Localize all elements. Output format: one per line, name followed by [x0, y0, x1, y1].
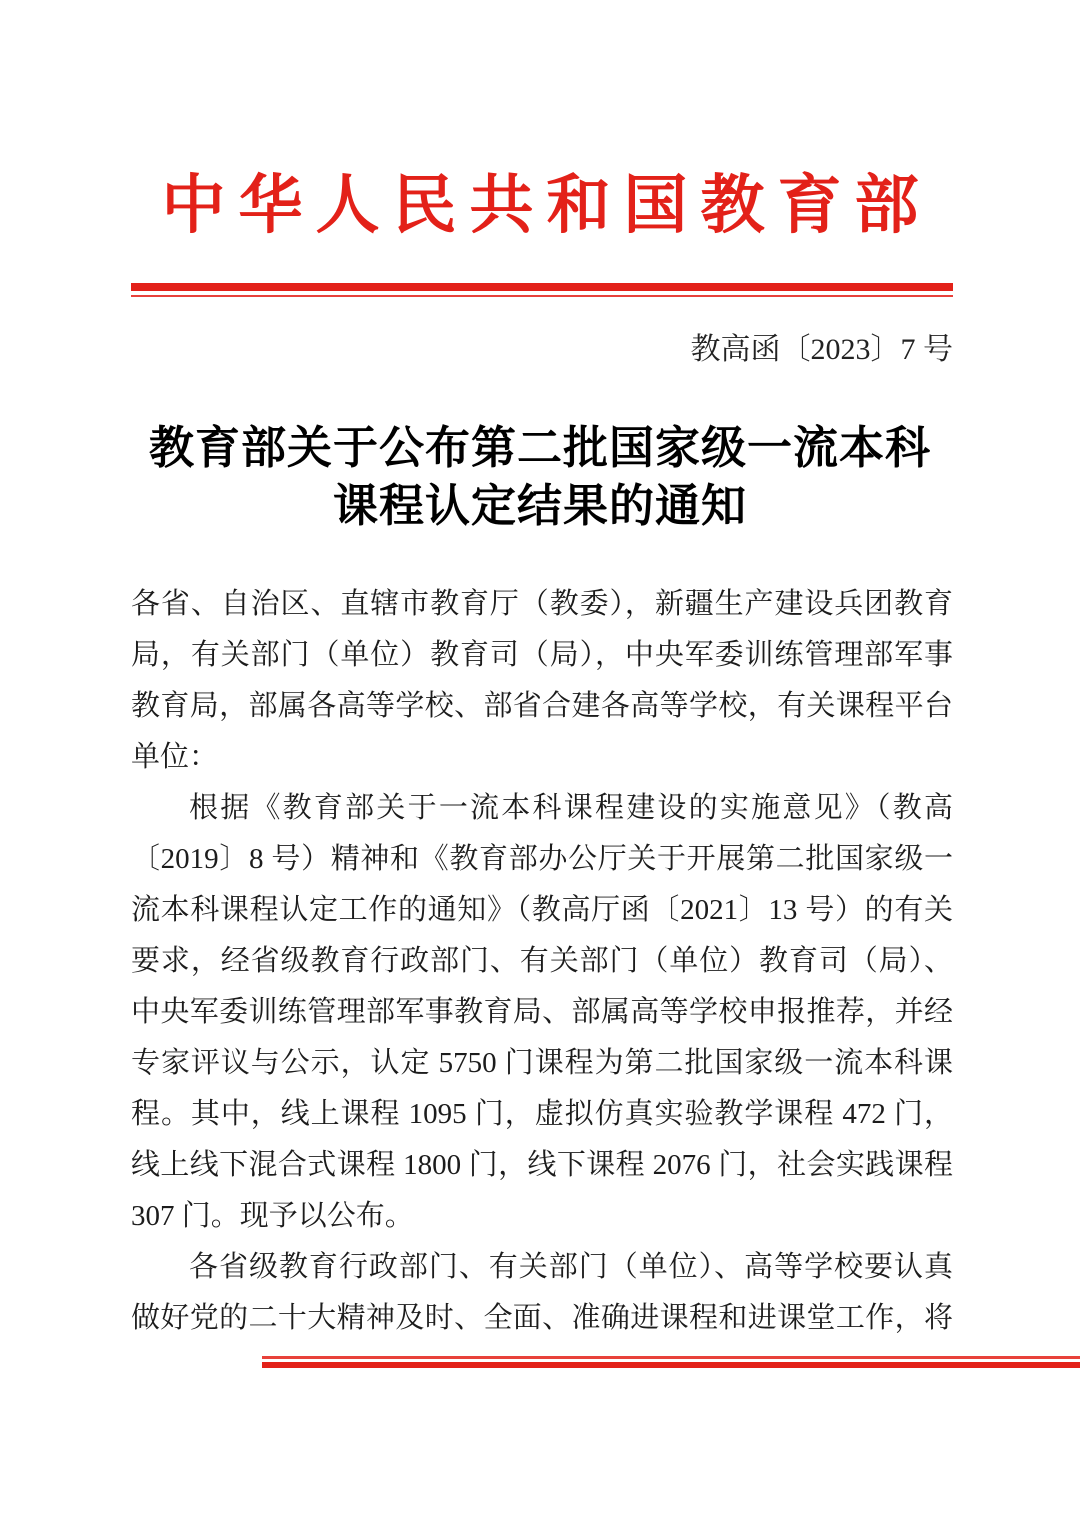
body-line: 做好党的二十大精神及时、全面、准确进课程和进课堂工作，将 — [131, 1293, 953, 1344]
letterhead-title: 中华人民共和国教育部 — [0, 173, 1080, 239]
letterhead-rule-thick — [131, 283, 953, 291]
body-line: 局，有关部门（单位）教育司（局），中央军委训练管理部军事 — [131, 630, 953, 681]
body-line: 教育局，部属各高等学校、部省合建各高等学校，有关课程平台 — [131, 681, 953, 732]
document-title-line-1: 教育部关于公布第二批国家级一流本科 — [0, 419, 1080, 477]
body-line: 要求，经省级教育行政部门、有关部门（单位）教育司（局）、 — [131, 936, 953, 987]
body-line: 中央军委训练管理部军事教育局、部属高等学校申报推荐，并经 — [131, 987, 953, 1038]
document-number: 教高函〔2023〕7 号 — [131, 331, 953, 369]
document-page: 中华人民共和国教育部 教高函〔2023〕7 号 教育部关于公布第二批国家级一流本… — [0, 0, 1080, 1527]
document-title: 教育部关于公布第二批国家级一流本科 课程认定结果的通知 — [0, 419, 1080, 535]
body-line: 流本科课程认定工作的通知》（教高厅函〔2021〕13 号）的有关 — [131, 885, 953, 936]
body-line: 单位： — [131, 732, 953, 783]
body-line: 程。其中，线上课程 1095 门，虚拟仿真实验教学课程 472 门， — [131, 1089, 953, 1140]
letterhead-double-rule — [131, 283, 953, 297]
body-line: 各省级教育行政部门、有关部门（单位）、高等学校要认真 — [131, 1242, 953, 1293]
footer-rule-thick — [262, 1362, 1080, 1368]
body-line: 〔2019〕8 号）精神和《教育部办公厅关于开展第二批国家级一 — [131, 834, 953, 885]
document-title-line-2: 课程认定结果的通知 — [0, 477, 1080, 535]
body-line: 专家评议与公示，认定 5750 门课程为第二批国家级一流本科课 — [131, 1038, 953, 1089]
body-line: 根据《教育部关于一流本科课程建设的实施意见》（教高 — [131, 783, 953, 834]
document-body: 各省、自治区、直辖市教育厅（教委），新疆生产建设兵团教育局，有关部门（单位）教育… — [131, 579, 953, 1344]
body-line: 各省、自治区、直辖市教育厅（教委），新疆生产建设兵团教育 — [131, 579, 953, 630]
footer-double-rule — [262, 1356, 1080, 1368]
footer-rule-thin — [262, 1356, 1080, 1359]
letterhead-rule-thin — [131, 295, 953, 297]
body-line: 线上线下混合式课程 1800 门，线下课程 2076 门，社会实践课程 — [131, 1140, 953, 1191]
body-line: 307 门。现予以公布。 — [131, 1191, 953, 1242]
